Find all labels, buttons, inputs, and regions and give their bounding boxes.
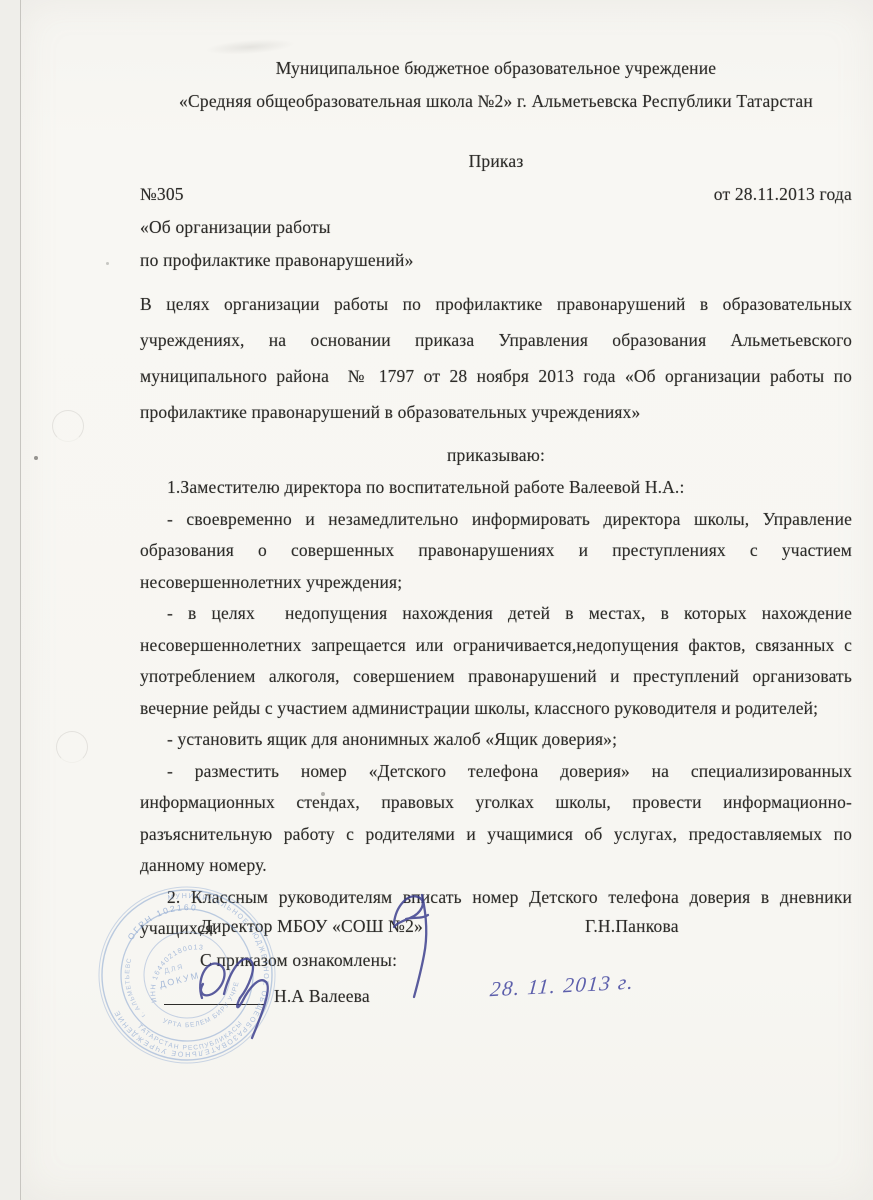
order-item: - в целях недопущения нахождения детей в… [140, 598, 852, 724]
document-text-column: Муниципальное бюджетное образовательное … [140, 52, 852, 945]
order-number: №305 [140, 178, 184, 211]
order-item: - своевременно и незамедлительно информи… [140, 504, 852, 599]
stamp-ogrn-text: ОГРН 102160 [121, 897, 204, 943]
hole-punch-mark-top [52, 410, 84, 442]
order-subject-line2: по профилактике правонарушений» [140, 244, 852, 277]
decree-word: приказываю: [140, 439, 852, 472]
order-item: 1.Заместителю директора по воспитательно… [140, 472, 852, 504]
hole-punch-mark-bottom [56, 731, 88, 763]
order-number-date-row: №305 от 28.11.2013 года [140, 178, 852, 211]
ink-speck [106, 262, 109, 265]
order-item: - установить ящик для анонимных жалоб «Я… [140, 724, 852, 756]
ink-speck [34, 456, 38, 460]
scanned-order-document: { "document": { "header": { "line1": "Му… [0, 0, 873, 1200]
order-subject-line1: «Об организации работы [140, 211, 852, 244]
order-title: Приказ [140, 145, 852, 178]
org-name-line1: Муниципальное бюджетное образовательное … [140, 52, 852, 85]
paper-edge [20, 0, 21, 1200]
director-name: Г.Н.Панкова [585, 916, 679, 937]
order-preamble: В целях организации работы по профилакти… [140, 286, 852, 430]
order-item: - разместить номер «Детского телефона до… [140, 756, 852, 882]
svg-text:ОГРН 102160: ОГРН 102160 [121, 897, 204, 943]
order-date: от 28.11.2013 года [714, 178, 852, 211]
valeeva-signature-ink [190, 940, 310, 1048]
director-signature-ink [386, 891, 450, 1003]
org-name-line2: «Средняя общеобразовательная школа №2» г… [140, 85, 852, 118]
